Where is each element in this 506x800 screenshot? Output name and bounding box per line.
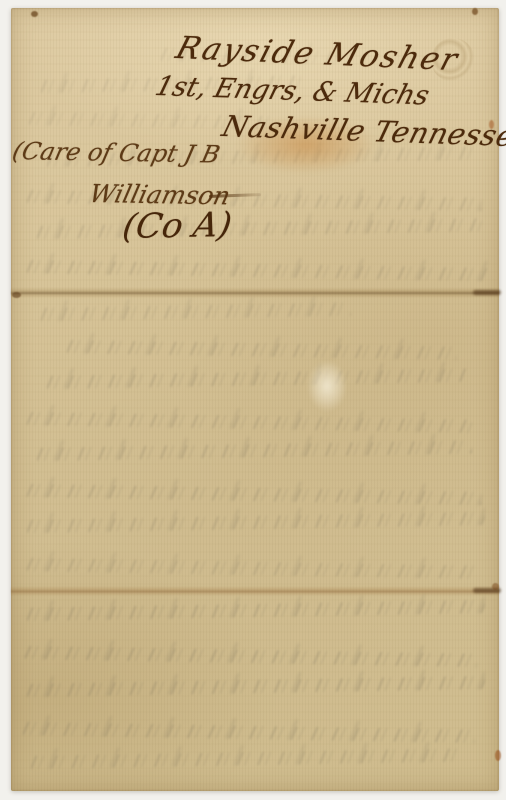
ink-fleck	[31, 11, 38, 17]
bleedthrough-text-line	[27, 484, 482, 505]
pale-spot	[307, 360, 347, 412]
military-unit-line: 1st, Engrs, & Michs	[152, 71, 433, 111]
bleedthrough-text-line	[23, 722, 475, 743]
letter-page: Rayside Mosher 1st, Engrs, & Michs Nashv…	[11, 8, 499, 791]
bleedthrough-text-line	[27, 600, 485, 621]
bleedthrough-text-line	[27, 558, 477, 579]
bleedthrough-text-line	[67, 340, 457, 360]
bleedthrough-text-line	[27, 512, 485, 533]
bleedthrough-text-line	[27, 676, 485, 697]
ink-fleck	[495, 750, 501, 761]
company-line: (Co A)	[120, 205, 235, 247]
ink-fleck	[472, 8, 478, 15]
bleedthrough-text-line	[41, 303, 351, 321]
pen-flourish	[209, 193, 261, 198]
bleedthrough-text-line	[27, 412, 472, 433]
recipient-name-line: Rayside Mosher	[172, 30, 464, 78]
bleedthrough-text-line	[37, 218, 482, 239]
ink-fleck	[12, 292, 21, 298]
care-of-line-1: (Care of Capt J B	[10, 137, 223, 168]
ink-fleck	[492, 583, 499, 590]
bleedthrough-text-line	[31, 748, 461, 769]
fold-crease-top	[11, 288, 499, 298]
scanned-photo-background: Rayside Mosher 1st, Engrs, & Michs Nashv…	[0, 0, 506, 800]
fold-crease-bottom	[11, 586, 499, 596]
bleedthrough-text-line	[27, 260, 487, 281]
bleedthrough-text-line	[37, 440, 472, 461]
bleedthrough-text-line	[25, 646, 477, 667]
bleedthrough-text-line	[47, 369, 467, 389]
